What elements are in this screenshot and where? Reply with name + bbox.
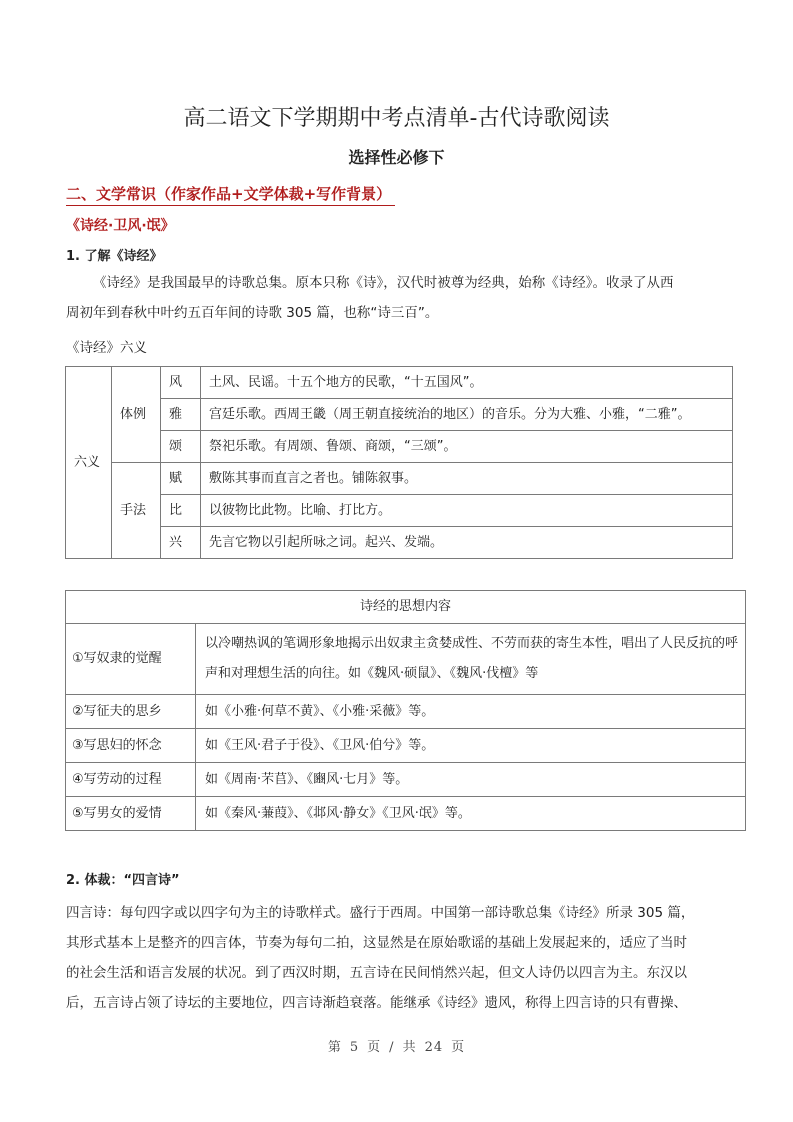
document-title: 高二语文下学期期中考点清单-古代诗歌阅读 (0, 104, 793, 134)
category-cell: 手法 (112, 463, 161, 559)
footer-separator: / (389, 1040, 394, 1055)
desc-cell: 以冷嘲热讽的笔调形象地揭示出奴隶主贪婪成性、不劳而获的寄生本性，唱出了人民反抗的… (196, 624, 746, 695)
table-row: ②写征夫的思乡 如《小雅·何草不黄》、《小雅·采薇》等。 (66, 695, 746, 729)
category-cell: ③写思妇的怀念 (66, 729, 196, 763)
paragraph-line: 其形式基本上是整齐的四言体，节奏为每句二拍，这显然是在原始歌谣的基础上发展起来的… (66, 928, 746, 958)
paragraph-line: 《诗经》是我国最早的诗歌总集。原本只称《诗》，汉代时被尊为经典，始称《诗经》。收… (66, 268, 736, 298)
category-cell: ②写征夫的思乡 (66, 695, 196, 729)
table-row: 手法 赋 敷陈其事而直言之者也。铺陈叙事。 (66, 463, 733, 495)
table-row: ⑤写男女的爱情 如《秦风·蒹葭》、《邶风·静女》《卫风·氓》等。 (66, 797, 746, 831)
term-cell: 颂 (161, 431, 201, 463)
poem-heading: 《诗经·卫风·氓》 (66, 215, 175, 237)
desc-cell: 宫廷乐歌。西周王畿（周王朝直接统治的地区）的音乐。分为大雅、小雅，“二雅”。 (201, 399, 733, 431)
desc-cell: 土风、民谣。十五个地方的民歌，“十五国风”。 (201, 367, 733, 399)
footer-prefix: 第 (328, 1040, 342, 1055)
table-row: ①写奴隶的觉醒 以冷嘲热讽的笔调形象地揭示出奴隶主贪婪成性、不劳而获的寄生本性，… (66, 624, 746, 695)
desc-cell: 以彼物比此物。比喻、打比方。 (201, 495, 733, 527)
term-cell: 雅 (161, 399, 201, 431)
table-row: ③写思妇的怀念 如《王风·君子于役》、《卫风·伯兮》等。 (66, 729, 746, 763)
paragraph-line: 后，五言诗占领了诗坛的主要地位，四言诗渐趋衰落。能继承《诗经》遗风，称得上四言诗… (66, 988, 746, 1018)
liuyi-table-label: 《诗经》六义 (66, 337, 147, 359)
liuyi-table: 六义 体例 风 土风、民谣。十五个地方的民歌，“十五国风”。 雅 宫廷乐歌。西周… (65, 366, 733, 559)
page-footer: 第5页/共24页 (0, 1036, 793, 1055)
group-label-cell: 六义 (66, 367, 112, 559)
document-subtitle: 选择性必修下 (0, 146, 793, 170)
table-row: 兴 先言它物以引起所咏之词。起兴、发端。 (66, 527, 733, 559)
footer-total-prefix: 共 (403, 1040, 417, 1055)
table-row: 雅 宫廷乐歌。西周王畿（周王朝直接统治的地区）的音乐。分为大雅、小雅，“二雅”。 (66, 399, 733, 431)
table-header-row: 诗经的思想内容 (66, 591, 746, 624)
desc-cell: 祭祀乐歌。有周颂、鲁颂、商颂，“三颂”。 (201, 431, 733, 463)
part1-paragraph: 《诗经》是我国最早的诗歌总集。原本只称《诗》，汉代时被尊为经典，始称《诗经》。收… (66, 268, 736, 328)
table-row: 颂 祭祀乐歌。有周颂、鲁颂、商颂，“三颂”。 (66, 431, 733, 463)
desc-cell: 如《秦风·蒹葭》、《邶风·静女》《卫风·氓》等。 (196, 797, 746, 831)
table-row: ④写劳动的过程 如《周南·芣苢》、《豳风·七月》等。 (66, 763, 746, 797)
part2-heading: 2. 体裁：“四言诗” (66, 870, 180, 892)
table-row: 六义 体例 风 土风、民谣。十五个地方的民歌，“十五国风”。 (66, 367, 733, 399)
paragraph-text: 《诗经》是我国最早的诗歌总集。原本只称《诗》，汉代时被尊为经典，始称《诗经》。收… (93, 275, 674, 291)
footer-page-word: 页 (367, 1040, 381, 1055)
desc-cell: 先言它物以引起所咏之词。起兴、发端。 (201, 527, 733, 559)
category-cell: 体例 (112, 367, 161, 463)
term-cell: 风 (161, 367, 201, 399)
section-heading: 二、文学常识（作家作品+文学体裁+写作背景） (66, 183, 395, 206)
total-pages-number: 24 (425, 1040, 444, 1055)
paragraph-line: 周初年到春秋中叶约五百年间的诗歌 305 篇，也称“诗三百”。 (66, 298, 736, 328)
term-cell: 兴 (161, 527, 201, 559)
footer-suffix: 页 (451, 1040, 465, 1055)
category-cell: ④写劳动的过程 (66, 763, 196, 797)
desc-cell: 敷陈其事而直言之者也。铺陈叙事。 (201, 463, 733, 495)
current-page-number: 5 (350, 1040, 359, 1055)
desc-cell: 如《王风·君子于役》、《卫风·伯兮》等。 (196, 729, 746, 763)
part1-heading: 1. 了解《诗经》 (66, 246, 163, 268)
part2-paragraph: 四言诗：每句四字或以四字句为主的诗歌样式。盛行于西周。中国第一部诗歌总集《诗经》… (66, 898, 746, 1018)
table-header: 诗经的思想内容 (66, 591, 746, 624)
term-cell: 赋 (161, 463, 201, 495)
paragraph-line: 的社会生活和语言发展的状况。到了西汉时期，五言诗在民间悄然兴起，但文人诗仍以四言… (66, 958, 746, 988)
desc-cell: 如《周南·芣苢》、《豳风·七月》等。 (196, 763, 746, 797)
desc-cell: 如《小雅·何草不黄》、《小雅·采薇》等。 (196, 695, 746, 729)
category-cell: ⑤写男女的爱情 (66, 797, 196, 831)
content-table: 诗经的思想内容 ①写奴隶的觉醒 以冷嘲热讽的笔调形象地揭示出奴隶主贪婪成性、不劳… (65, 590, 746, 831)
table-row: 比 以彼物比此物。比喻、打比方。 (66, 495, 733, 527)
term-cell: 比 (161, 495, 201, 527)
category-cell: ①写奴隶的觉醒 (66, 624, 196, 695)
paragraph-line: 四言诗：每句四字或以四字句为主的诗歌样式。盛行于西周。中国第一部诗歌总集《诗经》… (66, 898, 746, 928)
